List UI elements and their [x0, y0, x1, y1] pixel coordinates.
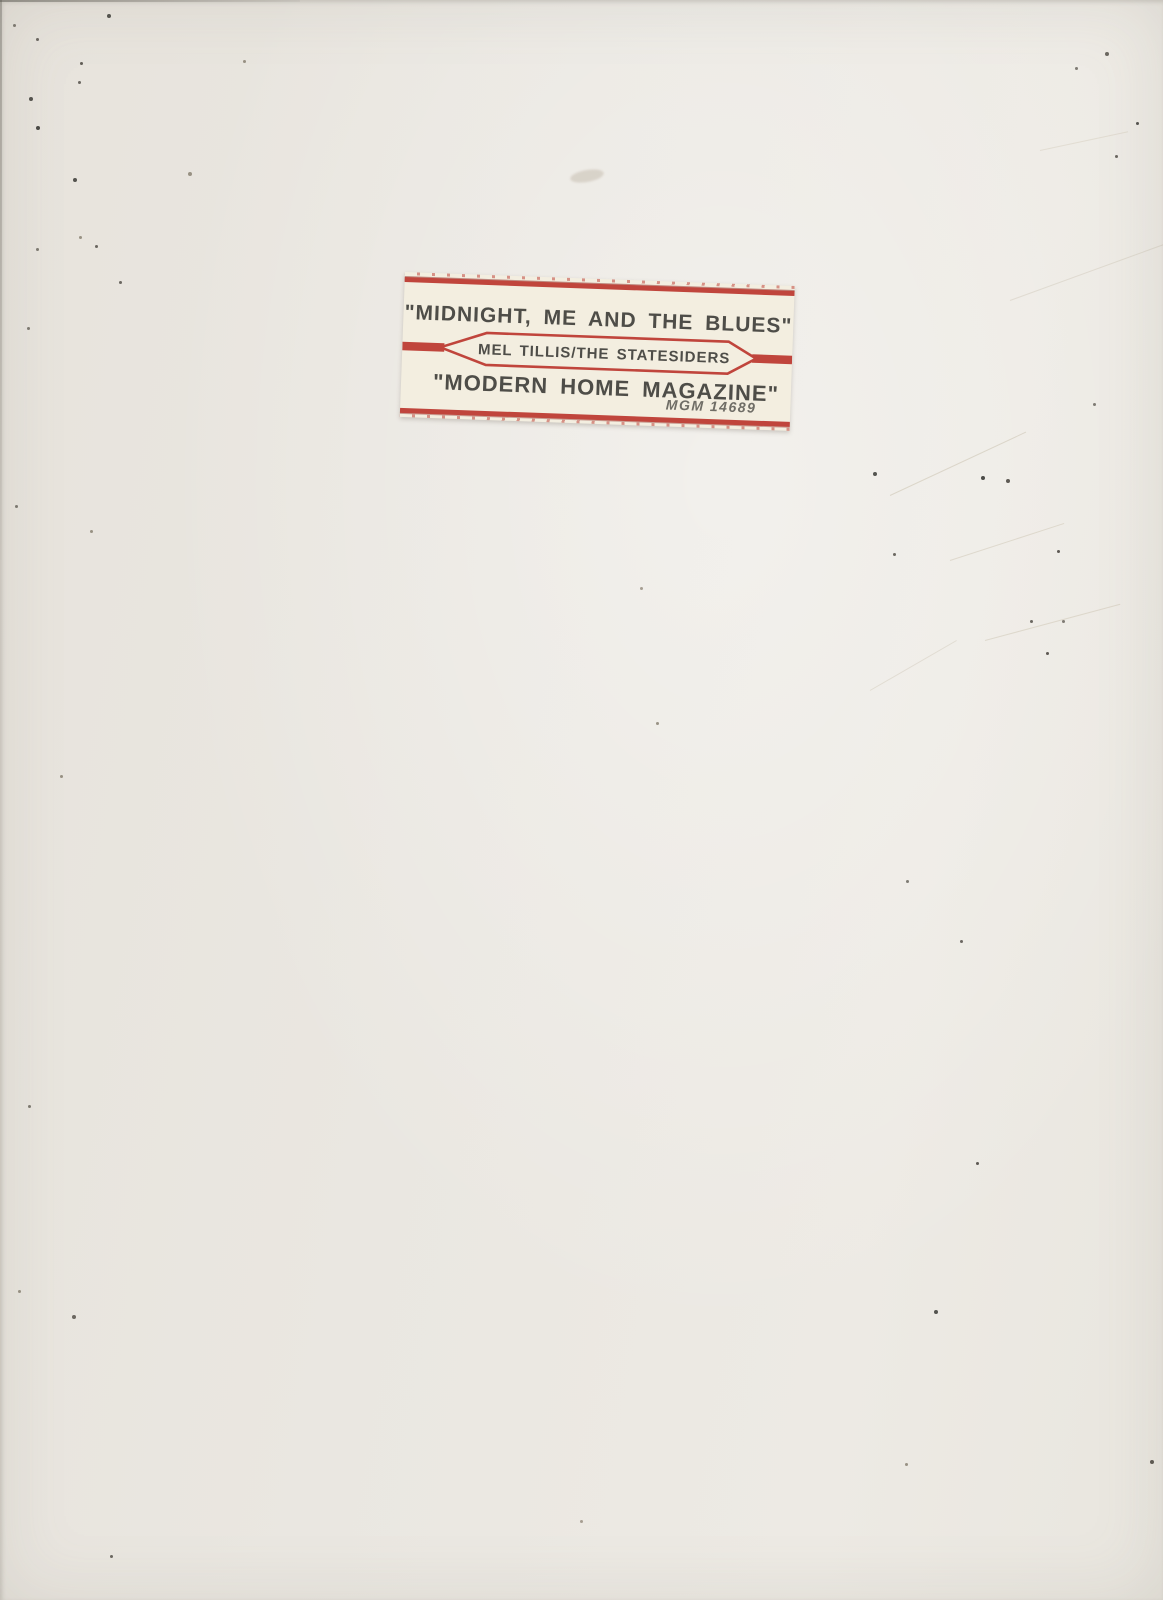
paper-speck [1006, 479, 1010, 483]
paper-speck [656, 722, 659, 725]
paper-scratch [950, 523, 1064, 561]
paper-speck [1136, 122, 1139, 125]
paper-speck [976, 1162, 979, 1165]
paper-speck [107, 14, 111, 18]
paper-speck [29, 97, 33, 101]
paper-speck [1062, 620, 1065, 623]
paper-speck [1030, 620, 1033, 623]
paper-speck [1093, 403, 1096, 406]
paper-speck [119, 281, 122, 284]
paper-speck [1075, 67, 1078, 70]
photo-left-edge-shadow [0, 0, 2, 560]
paper-speck [1046, 652, 1049, 655]
paper-speck [873, 472, 877, 476]
paper-scratch [870, 640, 957, 691]
paper-speck [1115, 155, 1118, 158]
catalog-number: MGM 14689 [666, 396, 757, 415]
paper-speck [188, 172, 192, 176]
photo-top-edge-shadow [0, 0, 300, 2]
paper-speck [13, 24, 16, 27]
paper-speck [110, 1555, 113, 1558]
paper-speck [27, 327, 30, 330]
paper-scratch [1010, 242, 1163, 301]
paper-speck [580, 1520, 583, 1523]
paper-speck [1105, 52, 1109, 56]
paper-speck [243, 60, 246, 63]
paper-speck [981, 476, 985, 480]
paper-speck [73, 178, 77, 182]
cardboard-backing-photo: "MIDNIGHT, ME AND THE BLUES" MEL TILLIS/… [0, 0, 1163, 1600]
paper-speck [18, 1290, 21, 1293]
paper-speck [36, 248, 39, 251]
paper-smudge [569, 167, 605, 185]
paper-speck [960, 940, 963, 943]
paper-speck [905, 1463, 908, 1466]
paper-scratch [985, 604, 1120, 641]
jukebox-title-strip: "MIDNIGHT, ME AND THE BLUES" MEL TILLIS/… [400, 272, 795, 431]
paper-scratch [1040, 131, 1128, 151]
paper-speck [60, 775, 63, 778]
paper-scratch [890, 432, 1026, 496]
paper-speck [79, 236, 82, 239]
paper-speck [640, 587, 643, 590]
paper-speck [72, 1315, 76, 1319]
paper-speck [934, 1310, 938, 1314]
paper-speck [95, 245, 98, 248]
paper-speck [28, 1105, 31, 1108]
paper-speck [80, 62, 83, 65]
paper-speck [15, 505, 18, 508]
paper-speck [36, 38, 39, 41]
paper-speck [36, 126, 40, 130]
paper-speck [1150, 1460, 1154, 1464]
paper-speck [906, 880, 909, 883]
paper-speck [893, 553, 896, 556]
photo-vignette [0, 0, 1163, 1600]
paper-speck [90, 530, 93, 533]
paper-speck [1057, 550, 1060, 553]
paper-speck [78, 81, 81, 84]
banner-right-stripe [752, 354, 792, 364]
